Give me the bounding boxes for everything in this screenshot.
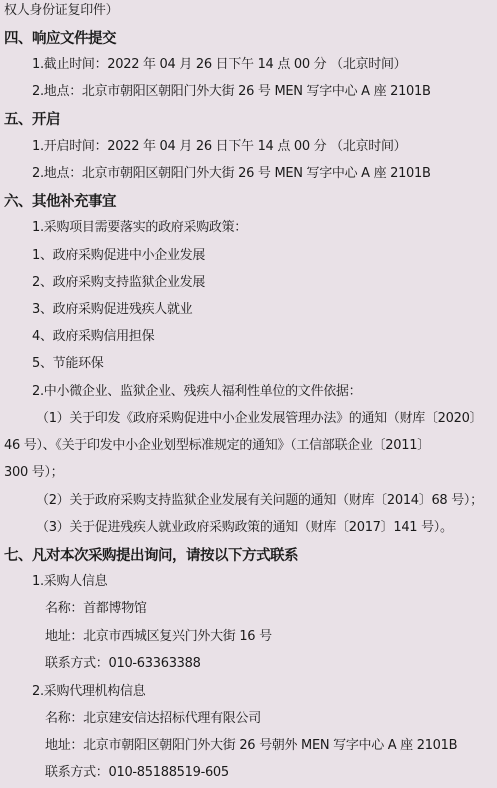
reference-paragraph: （3）关于促进残疾人就业政府采购政策的通知（财库〔2017〕141 号）。 — [36, 518, 453, 538]
paragraph-continuation: 46 号）、《关于印发中小企业划型标准规定的通知》（工信部联企业〔2011〕 — [4, 436, 430, 456]
list-item: 2.地点：北京市朝阳区朝阳门外大街 26 号 MEN 写字中心 A 座 2101… — [32, 82, 431, 102]
list-item: 1、政府采购促进中小企业发展 — [32, 246, 205, 266]
section-heading: 四、响应文件提交 — [4, 29, 116, 49]
list-item: 2.地点：北京市朝阳区朝阳门外大街 26 号 MEN 写字中心 A 座 2101… — [32, 164, 431, 184]
text-line: 权人身份证复印件） — [4, 1, 118, 21]
contact-detail: 地址：北京市西城区复兴门外大街 16 号 — [45, 627, 272, 647]
section-heading: 六、其他补充事宜 — [4, 192, 116, 212]
contact-detail: 联系方式：010-85188519-605 — [45, 763, 229, 783]
list-item: 1.开启时间：2022 年 04 月 26 日下午 14 点 00 分 （北京时… — [32, 137, 406, 157]
list-item: 2.中小微企业、监狱企业、残疾人福利性单位的文件依据： — [32, 382, 361, 402]
section-heading: 五、开启 — [4, 110, 60, 130]
reference-paragraph: （1）关于印发《政府采购促进中小企业发展管理办法》的通知（财库〔2020〕 — [36, 409, 482, 429]
contact-detail: 地址：北京市朝阳区朝阳门外大街 26 号朝外 MEN 写字中心 A 座 2101… — [45, 736, 457, 756]
list-item: 3、政府采购促进残疾人就业 — [32, 300, 192, 320]
document-page: 权人身份证复印件）四、响应文件提交1.截止时间：2022 年 04 月 26 日… — [0, 0, 497, 788]
list-item: 2.采购代理机构信息 — [32, 682, 145, 702]
contact-detail: 名称：北京建安信达招标代理有限公司 — [45, 709, 261, 729]
list-item: 5、节能环保 — [32, 354, 103, 374]
contact-detail: 联系方式：010-63363388 — [45, 654, 201, 674]
list-item: 1.采购项目需要落实的政府采购政策： — [32, 218, 247, 238]
list-item: 1.截止时间：2022 年 04 月 26 日下午 14 点 00 分 （北京时… — [32, 55, 406, 75]
list-item: 2、政府采购支持监狱企业发展 — [32, 273, 205, 293]
list-item: 1.采购人信息 — [32, 572, 107, 592]
contact-detail: 名称：首都博物馆 — [45, 599, 147, 619]
section-heading: 七、凡对本次采购提出询问，请按以下方式联系 — [4, 546, 298, 566]
reference-paragraph: （2）关于政府采购支持监狱企业发展有关问题的通知（财库〔2014〕68 号）； — [36, 491, 483, 511]
list-item: 4、政府采购信用担保 — [32, 327, 154, 347]
paragraph-continuation: 300 号）； — [4, 463, 63, 483]
